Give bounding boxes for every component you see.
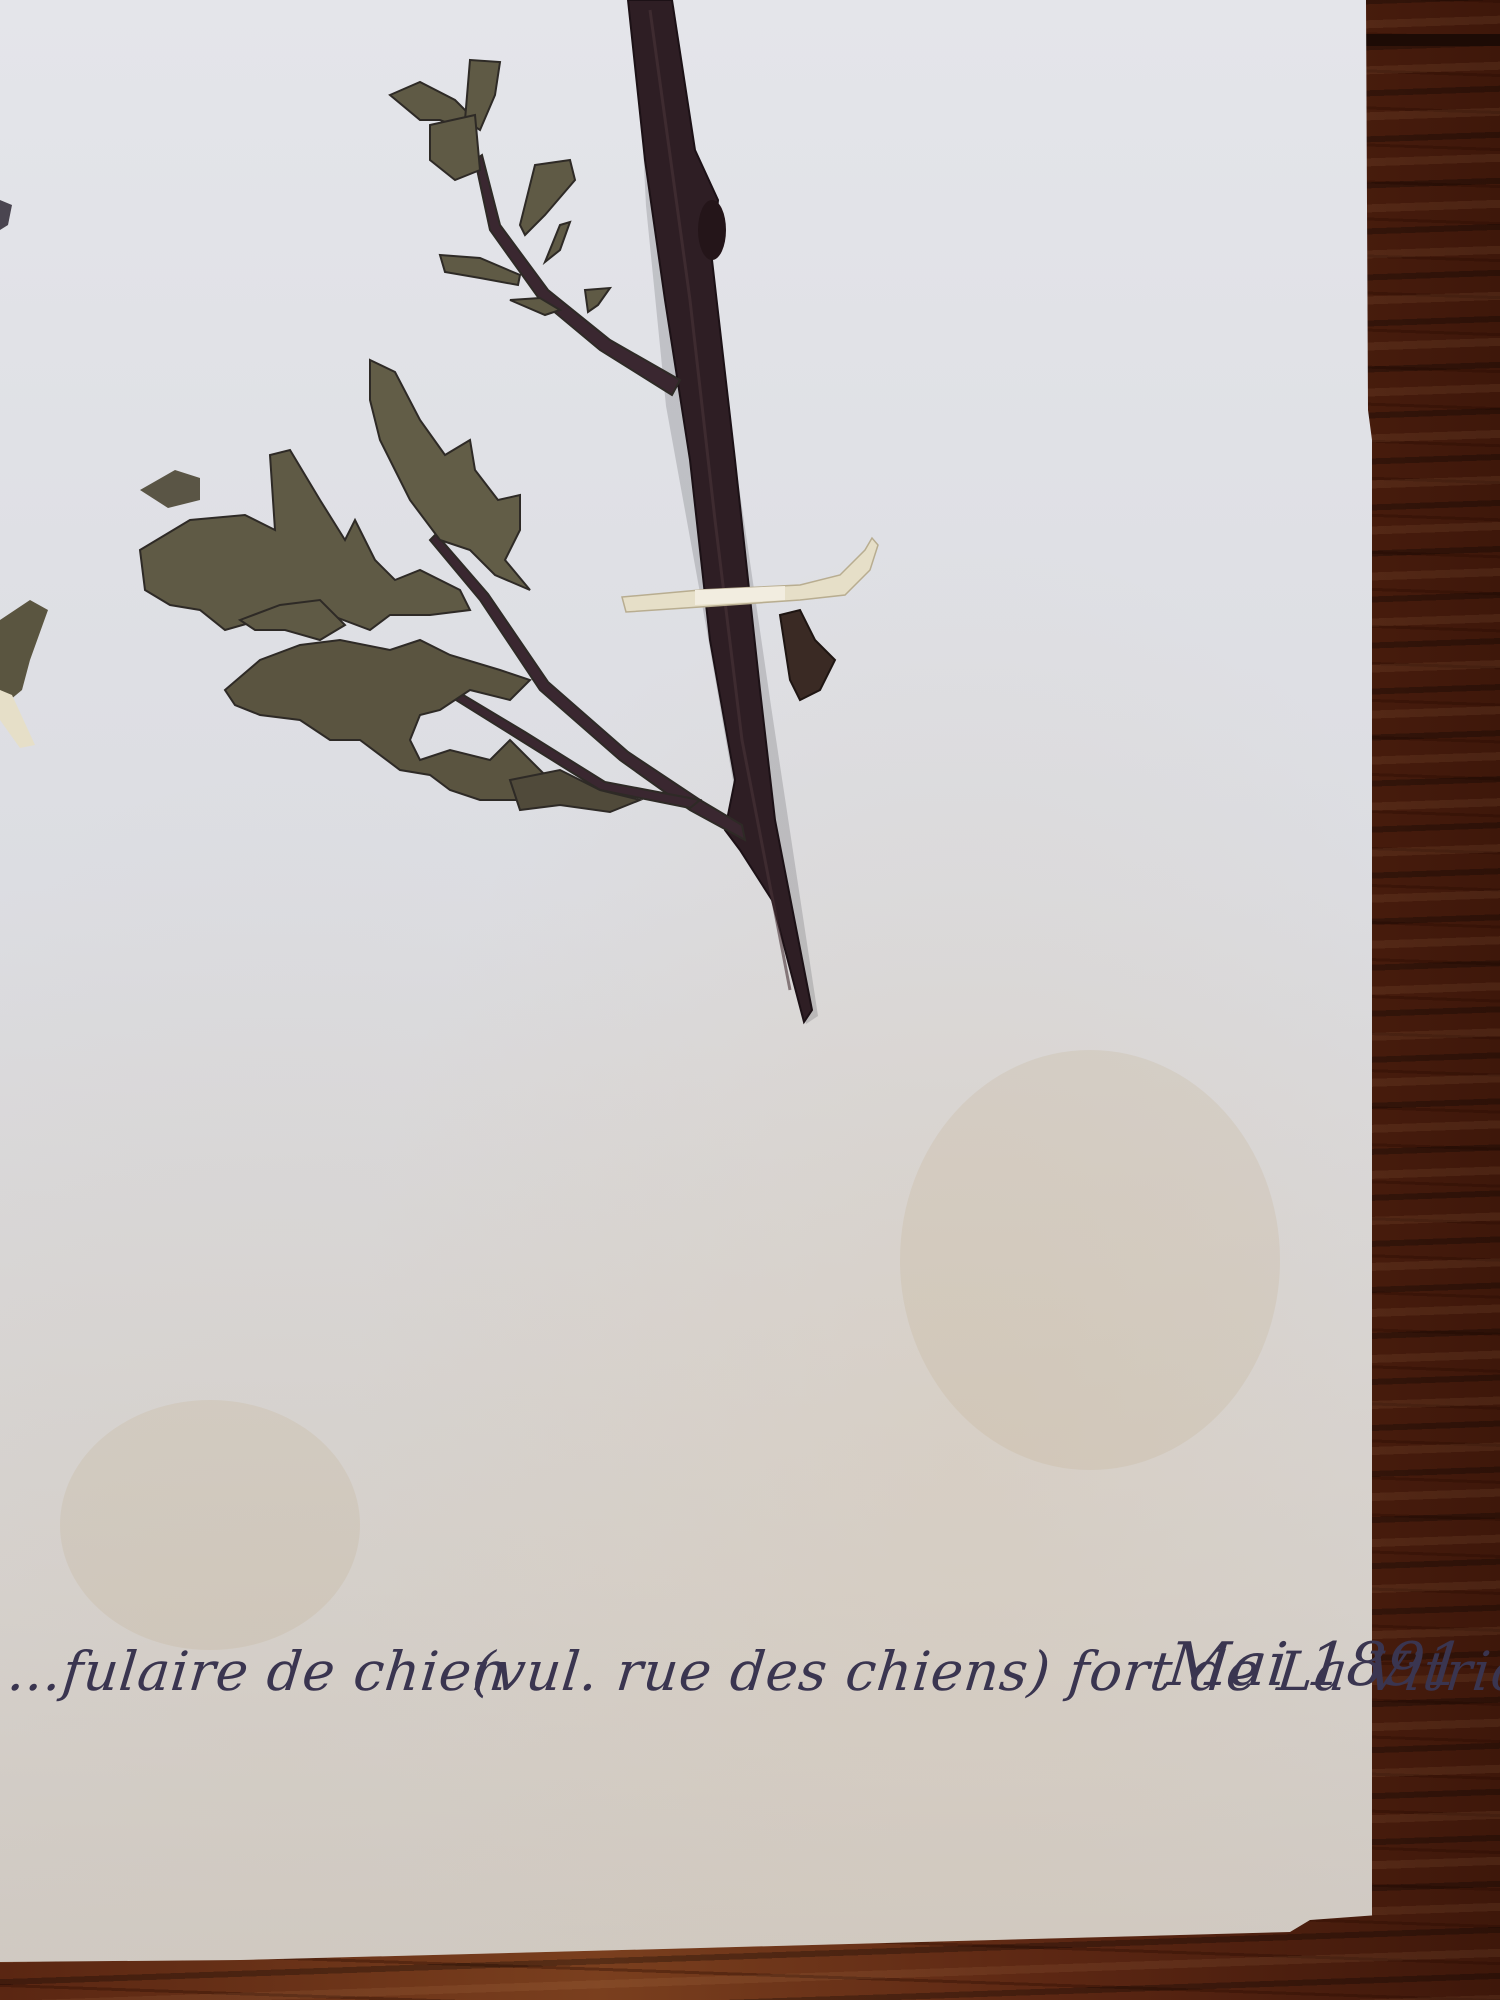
leaf-lower [225, 640, 560, 800]
leaf-fragment [140, 470, 200, 508]
upper-branch [390, 60, 680, 395]
leaf-fragment [0, 690, 35, 748]
bract [780, 610, 835, 700]
leaf-fragment [0, 200, 12, 230]
leaf-fragment [0, 600, 48, 700]
label-species-name: …fulaire de chien [5, 1640, 512, 1703]
main-stem [628, 0, 812, 1022]
label-date: Mai 1891 [1165, 1630, 1469, 1700]
specimen-label: …fulaire de chien (vul. rue des chiens) … [1, 1600, 1376, 1740]
